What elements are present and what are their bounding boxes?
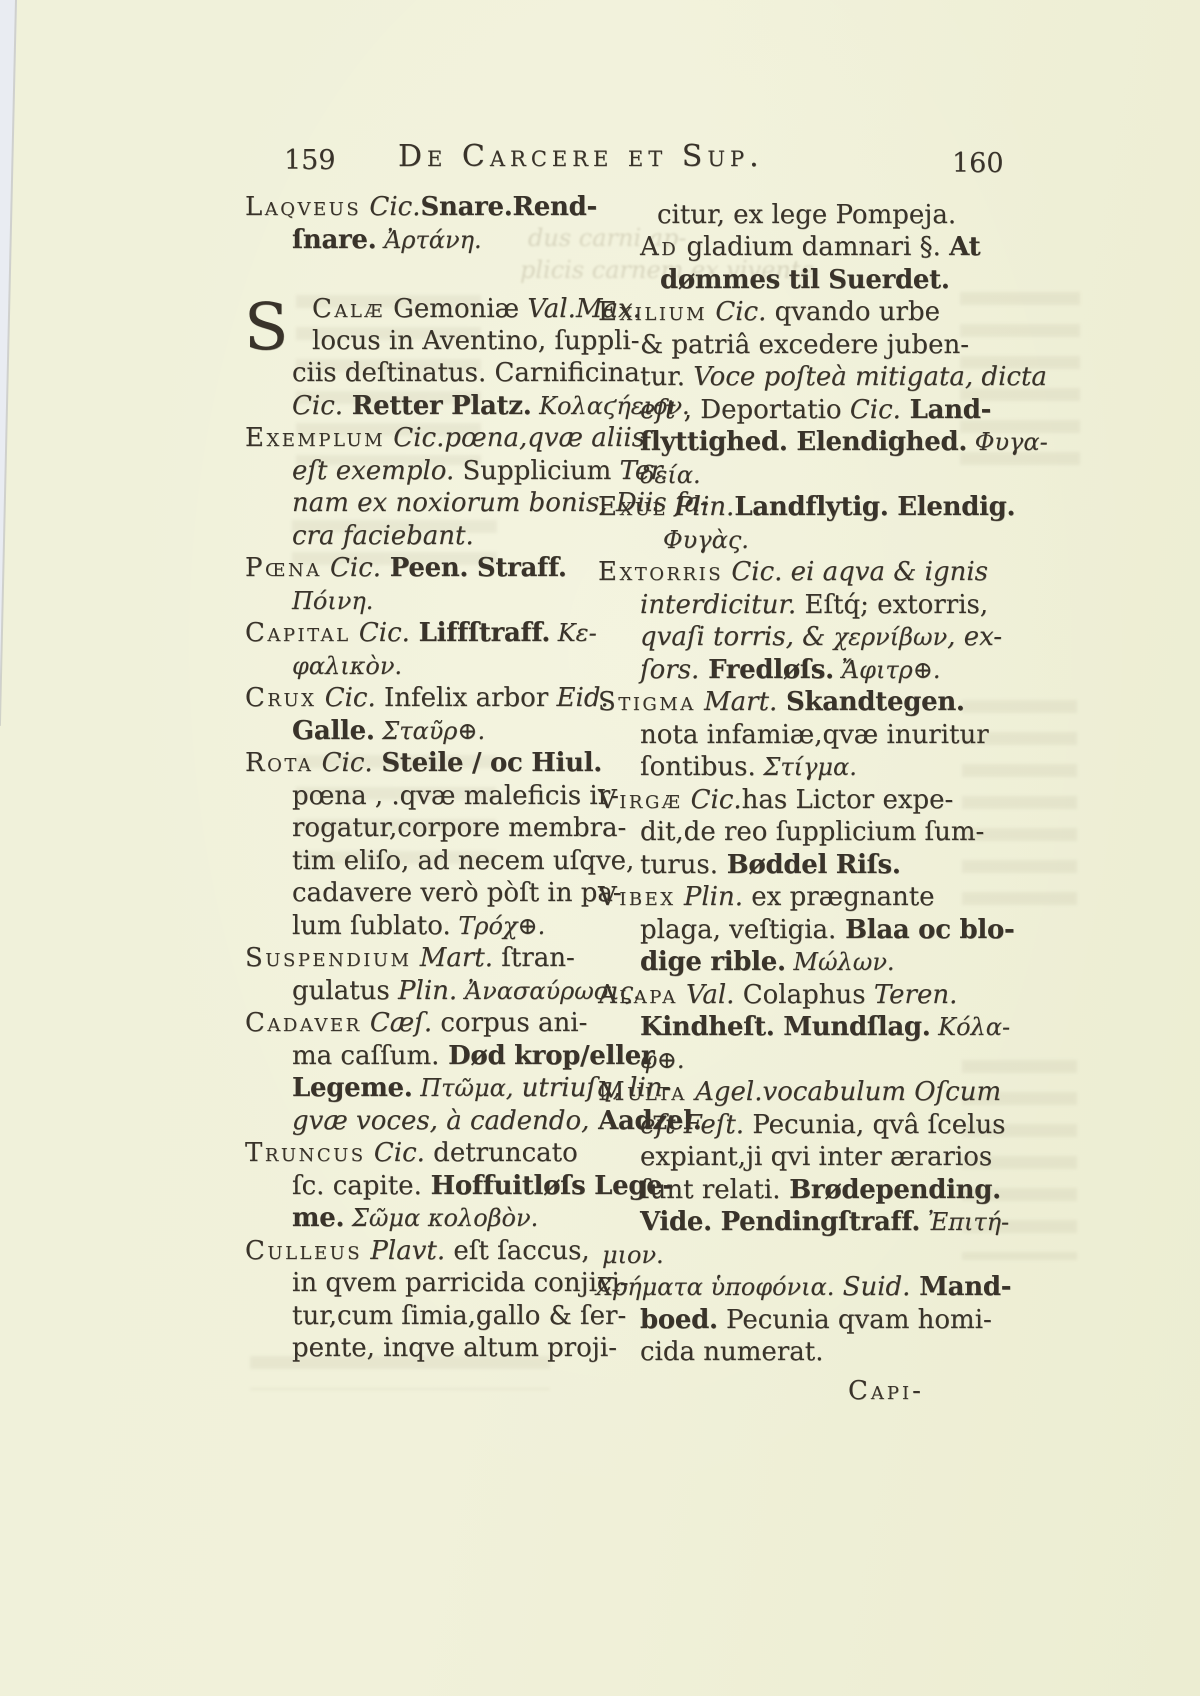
text-line: cra faciebant. <box>292 523 474 549</box>
text-segment: φαλικὸν. <box>292 652 402 680</box>
text-segment: Στίγμα. <box>756 753 857 781</box>
page-title: De Carcere et Sup. <box>398 142 764 172</box>
text-segment: pente, inqve altum proji- <box>292 1333 617 1363</box>
text-segment: Cic. <box>313 748 372 778</box>
text-segment: citur, ex lege Pompeja. <box>657 200 956 230</box>
text-segment: Mart. <box>411 943 493 973</box>
text-line: cida numerat. <box>640 1339 823 1365</box>
text-segment: Cadaver <box>245 1008 362 1038</box>
text-line: rogatur,corpore membra- <box>292 815 626 841</box>
text-segment: Cic. ei aqva & ignis <box>723 557 988 587</box>
text-line: Laqveus Cic.Snare.Rend- <box>245 194 597 220</box>
text-segment: Voce poſteà mitigata, dicta <box>693 362 1047 392</box>
text-segment: ſtran- <box>493 943 575 973</box>
text-line: Rota Cic. Steile / oc Hiul. <box>245 750 602 776</box>
text-segment: ſc. capite. <box>292 1171 422 1201</box>
text-line: Cic. Retter Platz. Κολαϛήειον. <box>292 393 690 419</box>
text-segment: rogatur,corpore membra- <box>292 813 626 843</box>
text-segment: Alapa <box>598 980 678 1010</box>
text-segment: Gemoniæ <box>385 294 528 324</box>
text-segment: has Lictor expe- <box>742 785 954 815</box>
text-line: ſc. capite. Hoffuitløſs Lege- <box>292 1173 673 1199</box>
text-segment: Ἀρτάνη. <box>376 226 481 254</box>
text-segment: Φυγα- <box>967 428 1048 456</box>
text-line: μιον. <box>602 1242 664 1268</box>
text-line: gulatus Plin. Ἀνασαύρωσις. <box>292 978 641 1004</box>
text-line: pente, inqve altum proji- <box>292 1335 617 1361</box>
text-segment: Død krop/eller <box>439 1041 654 1071</box>
text-segment: Eſtq́; extorris, <box>796 590 988 620</box>
text-segment: ſors. <box>640 655 699 685</box>
text-line: tim eliſo, ad necem uſqve, <box>292 848 634 874</box>
text-line: φ⊕. <box>640 1047 685 1073</box>
text-line: ſontibus. Στίγμα. <box>640 754 857 780</box>
text-segment: Ad <box>640 232 678 262</box>
text-line: flyttighed. Elendighed. Φυγα- <box>640 429 1048 455</box>
text-segment: Galle. <box>292 716 375 746</box>
text-line: Stigma Mart. Skandtegen. <box>598 689 965 715</box>
text-segment: locus in Aventino, ſuppli- <box>312 326 640 356</box>
text-segment: cida numerat. <box>640 1337 823 1367</box>
text-segment: Hoffuitløſs Lege- <box>422 1171 673 1201</box>
text-line: ſors. Fredløſs. Ἄφιτρ⊕. <box>640 657 940 683</box>
text-line: Vide. Pendingſtraff. Ἐπιτή- <box>640 1209 1009 1235</box>
text-line: Galle. Σταῦρ⊕. <box>292 718 485 744</box>
text-line: Kindheſt. Mundſlag. Κόλα- <box>640 1014 1010 1040</box>
page-number-left: 159 <box>284 147 336 174</box>
text-segment: Retter Platz. <box>343 391 531 421</box>
text-segment: Cic. <box>322 553 381 583</box>
text-segment: Capital <box>245 618 351 648</box>
text-segment: Agel.vocabulum Oſcum <box>687 1077 1001 1107</box>
text-segment: Liffſtraff. <box>410 618 550 648</box>
text-segment: cadavere verò pòſt in pa- <box>292 878 622 908</box>
text-segment: Skandtegen. <box>777 687 964 717</box>
text-segment: Mart. <box>696 687 778 717</box>
text-segment: Legeme. <box>292 1073 413 1103</box>
text-segment: Kindheſt. Mundſlag. <box>640 1012 931 1042</box>
text-segment: Multa <box>598 1077 687 1107</box>
text-segment: Colaphus <box>734 980 873 1010</box>
text-segment: Blaa oc blo- <box>836 915 1014 945</box>
text-segment: flyttighed. Elendighed. <box>640 427 967 457</box>
text-segment: Plavt. <box>362 1236 445 1266</box>
text-line: qvaſi torris, & χερνίβων, ex- <box>640 624 1002 650</box>
text-segment: Plin. <box>667 492 734 522</box>
text-line: Cadaver Cæſ. corpus ani- <box>245 1010 587 1036</box>
text-segment: ciis deſtinatus. Carnificina <box>292 358 640 388</box>
text-segment: , Deportatio <box>675 395 849 425</box>
text-line: eſt Feſt. Pecunia, qvâ ſcelus <box>640 1112 1006 1138</box>
text-segment: Cic.pœna,qvæ aliis <box>385 423 645 453</box>
text-segment: Bøddel Riſs. <box>718 850 901 880</box>
text-line: Pœna Cic. Peen. Straff. <box>245 555 567 581</box>
text-segment: corpus ani- <box>432 1008 587 1038</box>
text-line: plaga, veſtigia. Blaa oc blo- <box>640 917 1015 943</box>
text-segment: Cic. <box>351 618 410 648</box>
text-segment: pœna , .qvæ maleficis ir- <box>292 781 619 811</box>
text-line: Χρήματα ὑποφόνια. Suid. Mand- <box>596 1274 1011 1300</box>
text-segment: Plin. <box>676 882 743 912</box>
text-line: locus in Aventino, ſuppli- <box>312 328 640 354</box>
text-line: Alapa Val. Colaphus Teren. <box>598 982 957 1008</box>
text-segment: gladium damnari §. <box>678 232 949 262</box>
text-segment: turus. <box>640 850 718 880</box>
text-line: Exilium Cic. qvando urbe <box>598 299 940 325</box>
page-number-right: 160 <box>952 150 1004 177</box>
text-segment: Τρόχ⊕. <box>451 912 545 940</box>
text-segment: eſt ſaccus, <box>445 1236 590 1266</box>
text-line: ſunt relati. Brødepending. <box>640 1177 1001 1203</box>
text-segment: Φυγὰς. <box>663 526 749 554</box>
text-segment: Σταῦρ⊕. <box>375 717 486 745</box>
text-segment: tur. <box>640 362 693 392</box>
text-segment: in qvem parricida conjici- <box>292 1268 629 1298</box>
text-line: pœna , .qvæ maleficis ir- <box>292 783 619 809</box>
text-segment: ſunt relati. <box>640 1175 781 1205</box>
text-line: & patriâ excedere juben- <box>640 332 969 358</box>
text-line: dømmes til Suerdet. <box>660 267 950 293</box>
text-segment: Crux <box>245 683 316 713</box>
text-segment: Extorris <box>598 557 723 587</box>
text-segment: Stigma <box>598 687 696 717</box>
text-segment: dit,de reo ſupplicium ſum- <box>640 817 984 847</box>
text-segment: dømmes til Suerdet. <box>660 265 950 295</box>
text-segment: interdicitur. <box>640 590 796 620</box>
text-line: Multa Agel.vocabulum Oſcum <box>598 1079 1001 1105</box>
text-segment: ex prægnante <box>743 882 935 912</box>
text-segment: Cæſ. <box>362 1008 432 1038</box>
text-segment: Suid. <box>834 1272 910 1302</box>
text-segment: , ex- <box>947 622 1002 652</box>
text-segment: eſt exemplo. <box>292 456 454 486</box>
text-segment: Cic. <box>361 192 420 222</box>
text-segment: Infelix arbor <box>376 683 557 713</box>
text-line: cadavere verò pòſt in pa- <box>292 880 622 906</box>
text-segment: me. <box>292 1203 344 1233</box>
text-segment: δεία. <box>640 461 701 489</box>
text-line: Exul Plin.Landflytig. Elendig. <box>598 494 1015 520</box>
text-line: dige rible. Μώλων. <box>640 949 895 975</box>
text-segment: Cic. <box>850 395 901 425</box>
text-segment: Pœna <box>245 553 322 583</box>
text-segment: Μώλων. <box>786 948 895 976</box>
text-segment: Πτῶμα, <box>413 1074 514 1102</box>
text-segment: Pecunia qvam homi- <box>718 1305 992 1335</box>
text-segment: Cic. <box>316 683 375 713</box>
text-line: Φυγὰς. <box>663 527 749 553</box>
text-line: δεία. <box>640 462 701 488</box>
text-line: lum ſublato. Τρόχ⊕. <box>292 913 545 939</box>
text-segment: cra faciebant. <box>292 521 474 551</box>
text-line: Truncus Cic. detruncato <box>245 1140 578 1166</box>
text-segment: Σῶμα κολοβὸν. <box>344 1204 538 1232</box>
text-line: eſt , Deportatio Cic. Land- <box>640 397 991 423</box>
text-segment: Pecunia, qvâ ſcelus <box>744 1110 1005 1140</box>
text-segment: Brødepending. <box>781 1175 1001 1205</box>
text-segment: Ἐπιτή- <box>920 1208 1009 1236</box>
text-segment: Ἄφιτρ⊕. <box>834 656 941 684</box>
text-line: tur. Voce poſteà mitigata, dicta <box>640 364 1047 390</box>
text-line: ſnare. Ἀρτάνη. <box>292 227 482 253</box>
text-line: citur, ex lege Pompeja. <box>657 202 956 228</box>
text-segment: Steile / oc Hiul. <box>373 748 602 778</box>
text-segment: eſt Feſt. <box>640 1110 744 1140</box>
text-segment: Κε- <box>550 619 597 647</box>
text-segment: tur,cum ſimia,gallo & ſer- <box>292 1301 626 1331</box>
text-line: Crux Cic. Infelix arbor Eid. <box>245 685 609 711</box>
text-line: Virgæ Cic.has Lictor expe- <box>598 787 953 813</box>
text-segment: φ⊕. <box>640 1046 685 1074</box>
text-line: ciis deſtinatus. Carnificina <box>292 360 640 386</box>
text-segment: gulatus <box>292 976 398 1006</box>
text-segment: Cic. <box>682 785 741 815</box>
text-line: interdicitur. Eſtq́; extorris, <box>640 592 988 618</box>
text-segment: Teren. <box>874 980 958 1010</box>
text-segment: & patriâ excedere juben- <box>640 330 969 360</box>
text-segment: At <box>949 232 980 262</box>
text-line: in qvem parricida conjici- <box>292 1270 629 1296</box>
text-segment: qvando urbe <box>766 297 940 327</box>
text-segment: Exilium <box>598 297 707 327</box>
text-segment: Cic. <box>366 1138 425 1168</box>
text-segment: ſontibus. <box>640 752 756 782</box>
text-line: nota infamiæ,qvæ inuritur <box>640 722 989 748</box>
scanned-book-page: dus carni ap-plicis carnem ex vivente 15… <box>0 0 1200 1696</box>
text-segment: Exul <box>598 492 667 522</box>
text-line: turus. Bøddel Riſs. <box>640 852 901 878</box>
text-segment: detruncato <box>425 1138 578 1168</box>
text-segment: Val. <box>678 980 735 1010</box>
text-segment: Χρήματα ὑποφόνια. <box>596 1273 834 1301</box>
text-segment: μιον. <box>602 1241 664 1269</box>
text-segment: Cic. <box>707 297 766 327</box>
text-line: Suspendium Mart. ſtran- <box>245 945 575 971</box>
text-segment: Exemplum <box>245 423 385 453</box>
text-segment: Cic. <box>292 391 343 421</box>
text-segment: dige rible. <box>640 947 786 977</box>
text-segment: expiant,ji qvi inter ærarios <box>640 1142 992 1172</box>
text-segment: Virgæ <box>598 785 682 815</box>
text-segment: Κόλα- <box>931 1013 1011 1041</box>
text-segment: tim eliſo, ad necem uſqve, <box>292 846 634 876</box>
text-segment: Landflytig. Elendig. <box>734 492 1015 522</box>
text-line: ma caſſum. Død krop/eller <box>292 1043 654 1069</box>
text-segment: Peen. Straff. <box>381 553 567 583</box>
text-segment: χερνίβων <box>834 623 948 651</box>
text-segment: Calæ <box>312 294 385 324</box>
text-segment: Suspendium <box>245 943 411 973</box>
text-segment: Plin. <box>398 976 457 1006</box>
text-segment: Mand- <box>910 1272 1011 1302</box>
text-segment: lum ſublato. <box>292 911 451 941</box>
text-line: Ad gladium damnari §. At <box>640 234 980 260</box>
text-line: Culleus Plavt. eſt ſaccus, <box>245 1238 590 1264</box>
text-line: Calæ Gemoniæ Val.Max. <box>312 296 641 322</box>
text-line: Πόινη. <box>292 588 373 614</box>
text-segment: boed. <box>640 1305 718 1335</box>
text-segment: ma caſſum. <box>292 1041 439 1071</box>
text-segment: Supplicium <box>454 456 619 486</box>
text-segment: ſnare. <box>292 225 376 255</box>
text-line: tur,cum ſimia,gallo & ſer- <box>292 1303 626 1329</box>
text-segment: Land- <box>901 395 991 425</box>
text-line: φαλικὸν. <box>292 653 402 679</box>
text-segment: Culleus <box>245 1236 362 1266</box>
text-line: Capital Cic. Liffſtraff. Κε- <box>245 620 597 646</box>
text-segment: Rota <box>245 748 313 778</box>
text-segment: gvæ voces, à cadendo, <box>292 1106 589 1136</box>
text-segment: Snare.Rend- <box>420 192 597 222</box>
text-segment: Fredløſs. <box>699 655 834 685</box>
text-segment: Πόινη. <box>292 587 373 615</box>
text-line: me. Σῶμα κολοβὸν. <box>292 1205 538 1231</box>
text-segment: nota infamiæ,qvæ inuritur <box>640 720 989 750</box>
text-line: expiant,ji qvi inter ærarios <box>640 1144 992 1170</box>
text-line: Extorris Cic. ei aqva & ignis <box>598 559 988 585</box>
text-segment: Vibex <box>598 882 676 912</box>
text-line: eſt exemplo. Supplicium Ter. <box>292 458 668 484</box>
text-segment: plaga, veſtigia. <box>640 915 836 945</box>
text-segment: eſt <box>640 395 675 425</box>
drop-cap: S <box>244 295 289 360</box>
catchword: Capi- <box>848 1378 924 1404</box>
text-line: Exemplum Cic.pœna,qvæ aliis <box>245 425 645 451</box>
text-line: boed. Pecunia qvam homi- <box>640 1307 992 1333</box>
text-segment: Truncus <box>245 1138 366 1168</box>
text-segment: qvaſi torris, & <box>640 622 834 652</box>
text-line: dit,de reo ſupplicium ſum- <box>640 819 984 845</box>
text-segment: Laqveus <box>245 192 361 222</box>
text-segment: Vide. Pendingſtraff. <box>640 1207 920 1237</box>
text-line: Vibex Plin. ex prægnante <box>598 884 935 910</box>
